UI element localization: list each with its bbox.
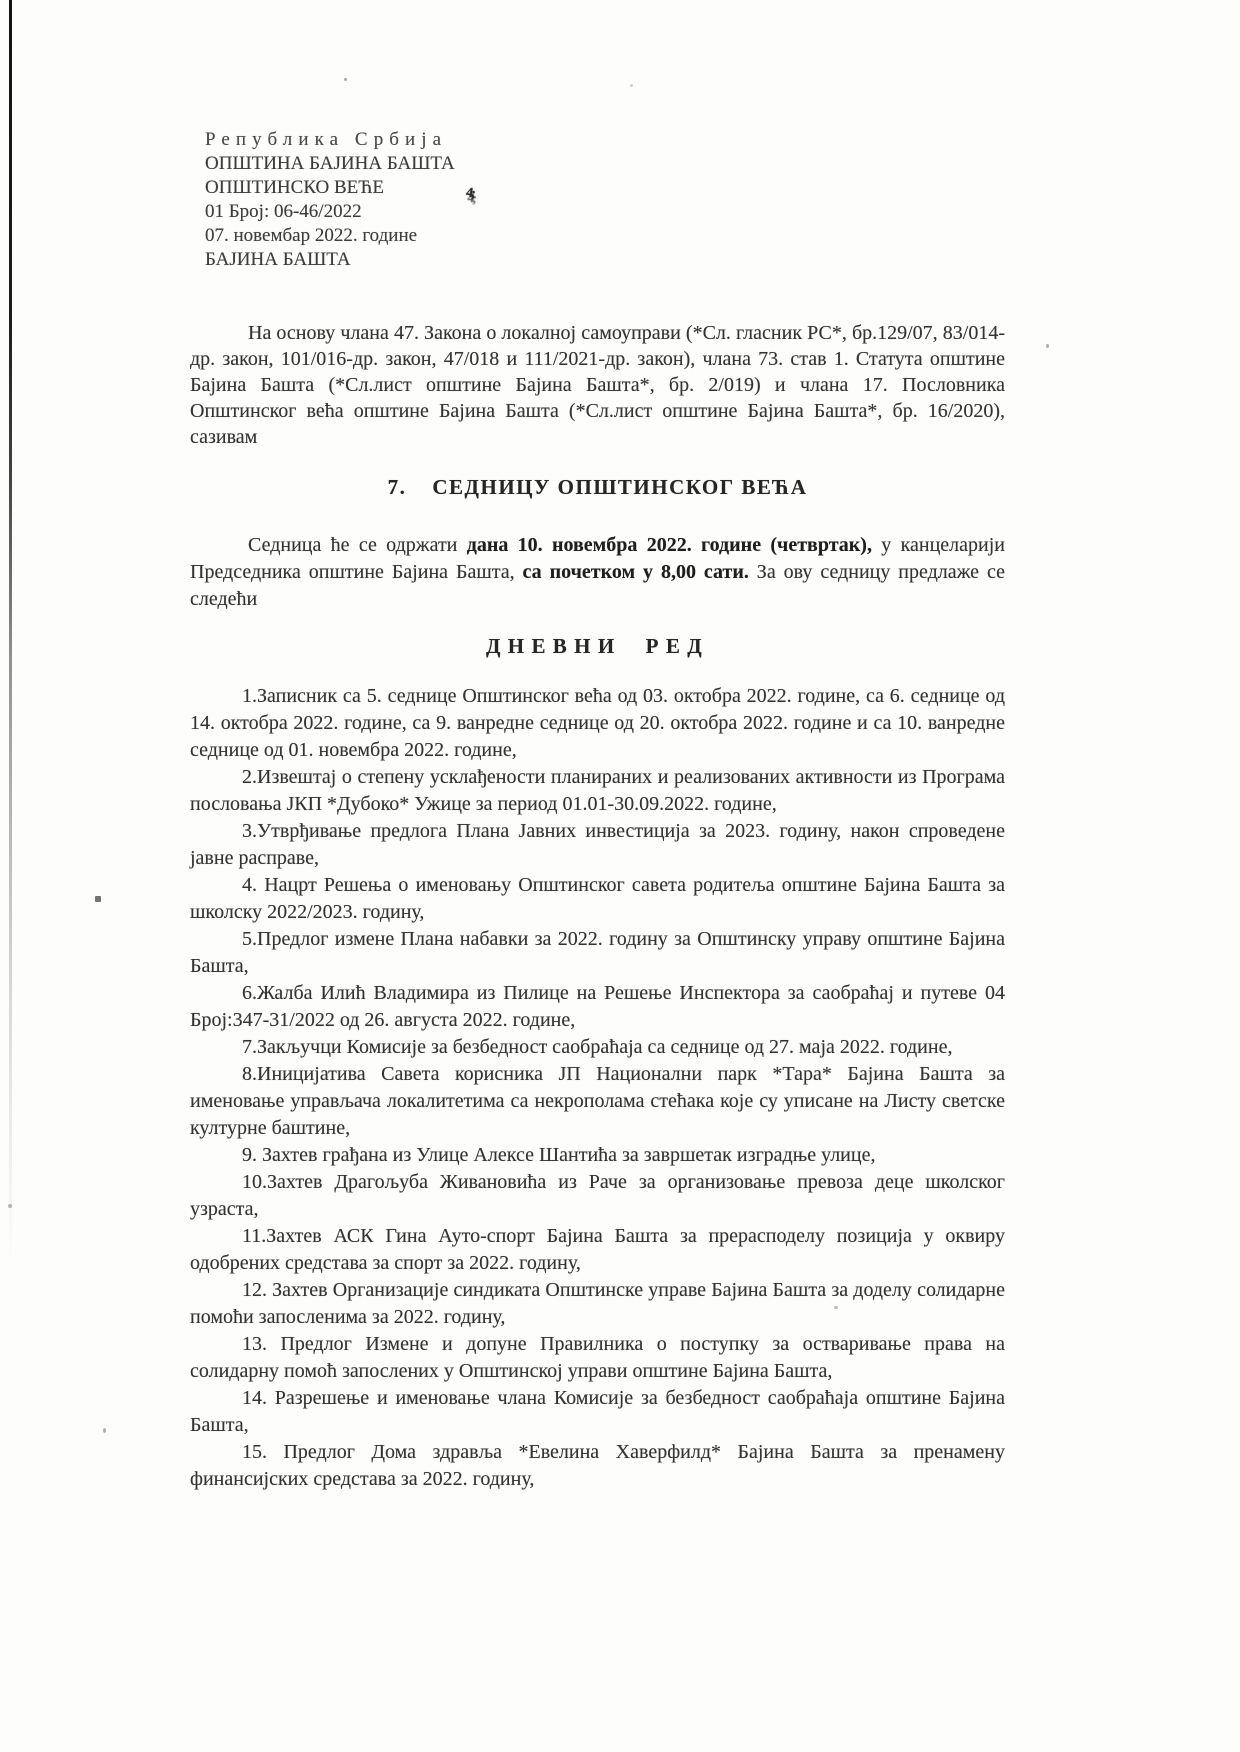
agenda-item: 12. Захтев Организације синдиката Општин… (190, 1277, 1005, 1331)
agenda-item: 11.Захтев АСК Гина Ауто-спорт Бајина Баш… (190, 1223, 1005, 1277)
letterhead-council: ОПШТИНСКО ВЕЋЕ (205, 176, 1005, 200)
agenda-item: 6.Жалба Илић Владимира из Пилице на Реше… (190, 980, 1005, 1034)
scanned-document-page: 4; Република Србија ОПШТИНА БАЈИНА БАШТА… (0, 0, 1240, 1752)
letterhead-date: 07. новембар 2022. године (205, 224, 1005, 248)
session-details-paragraph: Седница ће се одржати дана 10. новембра … (190, 532, 1005, 613)
agenda-item: 10.Захтев Драгољуба Живановића из Раче з… (190, 1169, 1005, 1223)
session-time-bold: са почетком у 8,00 сати. (523, 561, 749, 583)
scan-speck (630, 84, 633, 87)
agenda-item: 7.Закључци Комисије за безбедност саобра… (190, 1034, 1005, 1061)
agenda-item: 4. Нацрт Решења о именовању Општинског с… (190, 872, 1005, 926)
letterhead-number: 01 Број: 06-46/2022 (205, 200, 1005, 224)
letterhead: Република Србија ОПШТИНА БАЈИНА БАШТА ОП… (205, 128, 1005, 272)
session-text: Седница ће се одржати (248, 534, 467, 556)
agenda-item: 1.Записник са 5. седнице Општинског већа… (190, 683, 1005, 764)
legal-basis-paragraph: На основу члана 47. Закона о локалној са… (190, 320, 1005, 450)
document-content: Република Србија ОПШТИНА БАЈИНА БАШТА ОП… (190, 128, 1005, 1493)
agenda-item: 2.Извештај о степену усклађености планир… (190, 764, 1005, 818)
agenda-item: 8.Иницијатива Савета корисника ЈП Национ… (190, 1061, 1005, 1142)
letterhead-municipality: ОПШТИНА БАЈИНА БАШТА (205, 152, 1005, 176)
scan-speck (95, 896, 101, 902)
agenda-item: 3.Утврђивање предлога Плана Јавних инвес… (190, 818, 1005, 872)
agenda-item: 15. Предлог Дома здравља *Евелина Хаверф… (190, 1439, 1005, 1493)
session-heading-number: 7. (388, 475, 407, 499)
scan-speck (8, 1204, 12, 1208)
scan-edge-artifact (9, 0, 12, 1265)
agenda-heading: ДНЕВНИ РЕД (190, 633, 1005, 660)
scan-speck (1046, 344, 1049, 348)
agenda-item: 5.Предлог измене Плана набавки за 2022. … (190, 926, 1005, 980)
agenda-item: 13. Предлог Измене и допуне Правилника о… (190, 1331, 1005, 1385)
session-heading: 7.СЕДНИЦУ ОПШТИНСКОГ ВЕЋА (190, 474, 1005, 501)
session-heading-title: СЕДНИЦУ ОПШТИНСКОГ ВЕЋА (432, 475, 807, 499)
letterhead-country: Република Србија (205, 128, 1005, 152)
agenda-list: 1.Записник са 5. седнице Општинског већа… (190, 683, 1005, 1493)
letterhead-place: БАЈИНА БАШТА (205, 248, 1005, 272)
agenda-item: 9. Захтев грађана из Улице Алексе Шантић… (190, 1142, 1005, 1169)
agenda-item: 14. Разрешење и именовање члана Комисије… (190, 1385, 1005, 1439)
scan-speck (344, 78, 347, 81)
session-date-bold: дана 10. новембра 2022. године (четвртак… (467, 534, 872, 556)
scan-speck (103, 1428, 106, 1433)
